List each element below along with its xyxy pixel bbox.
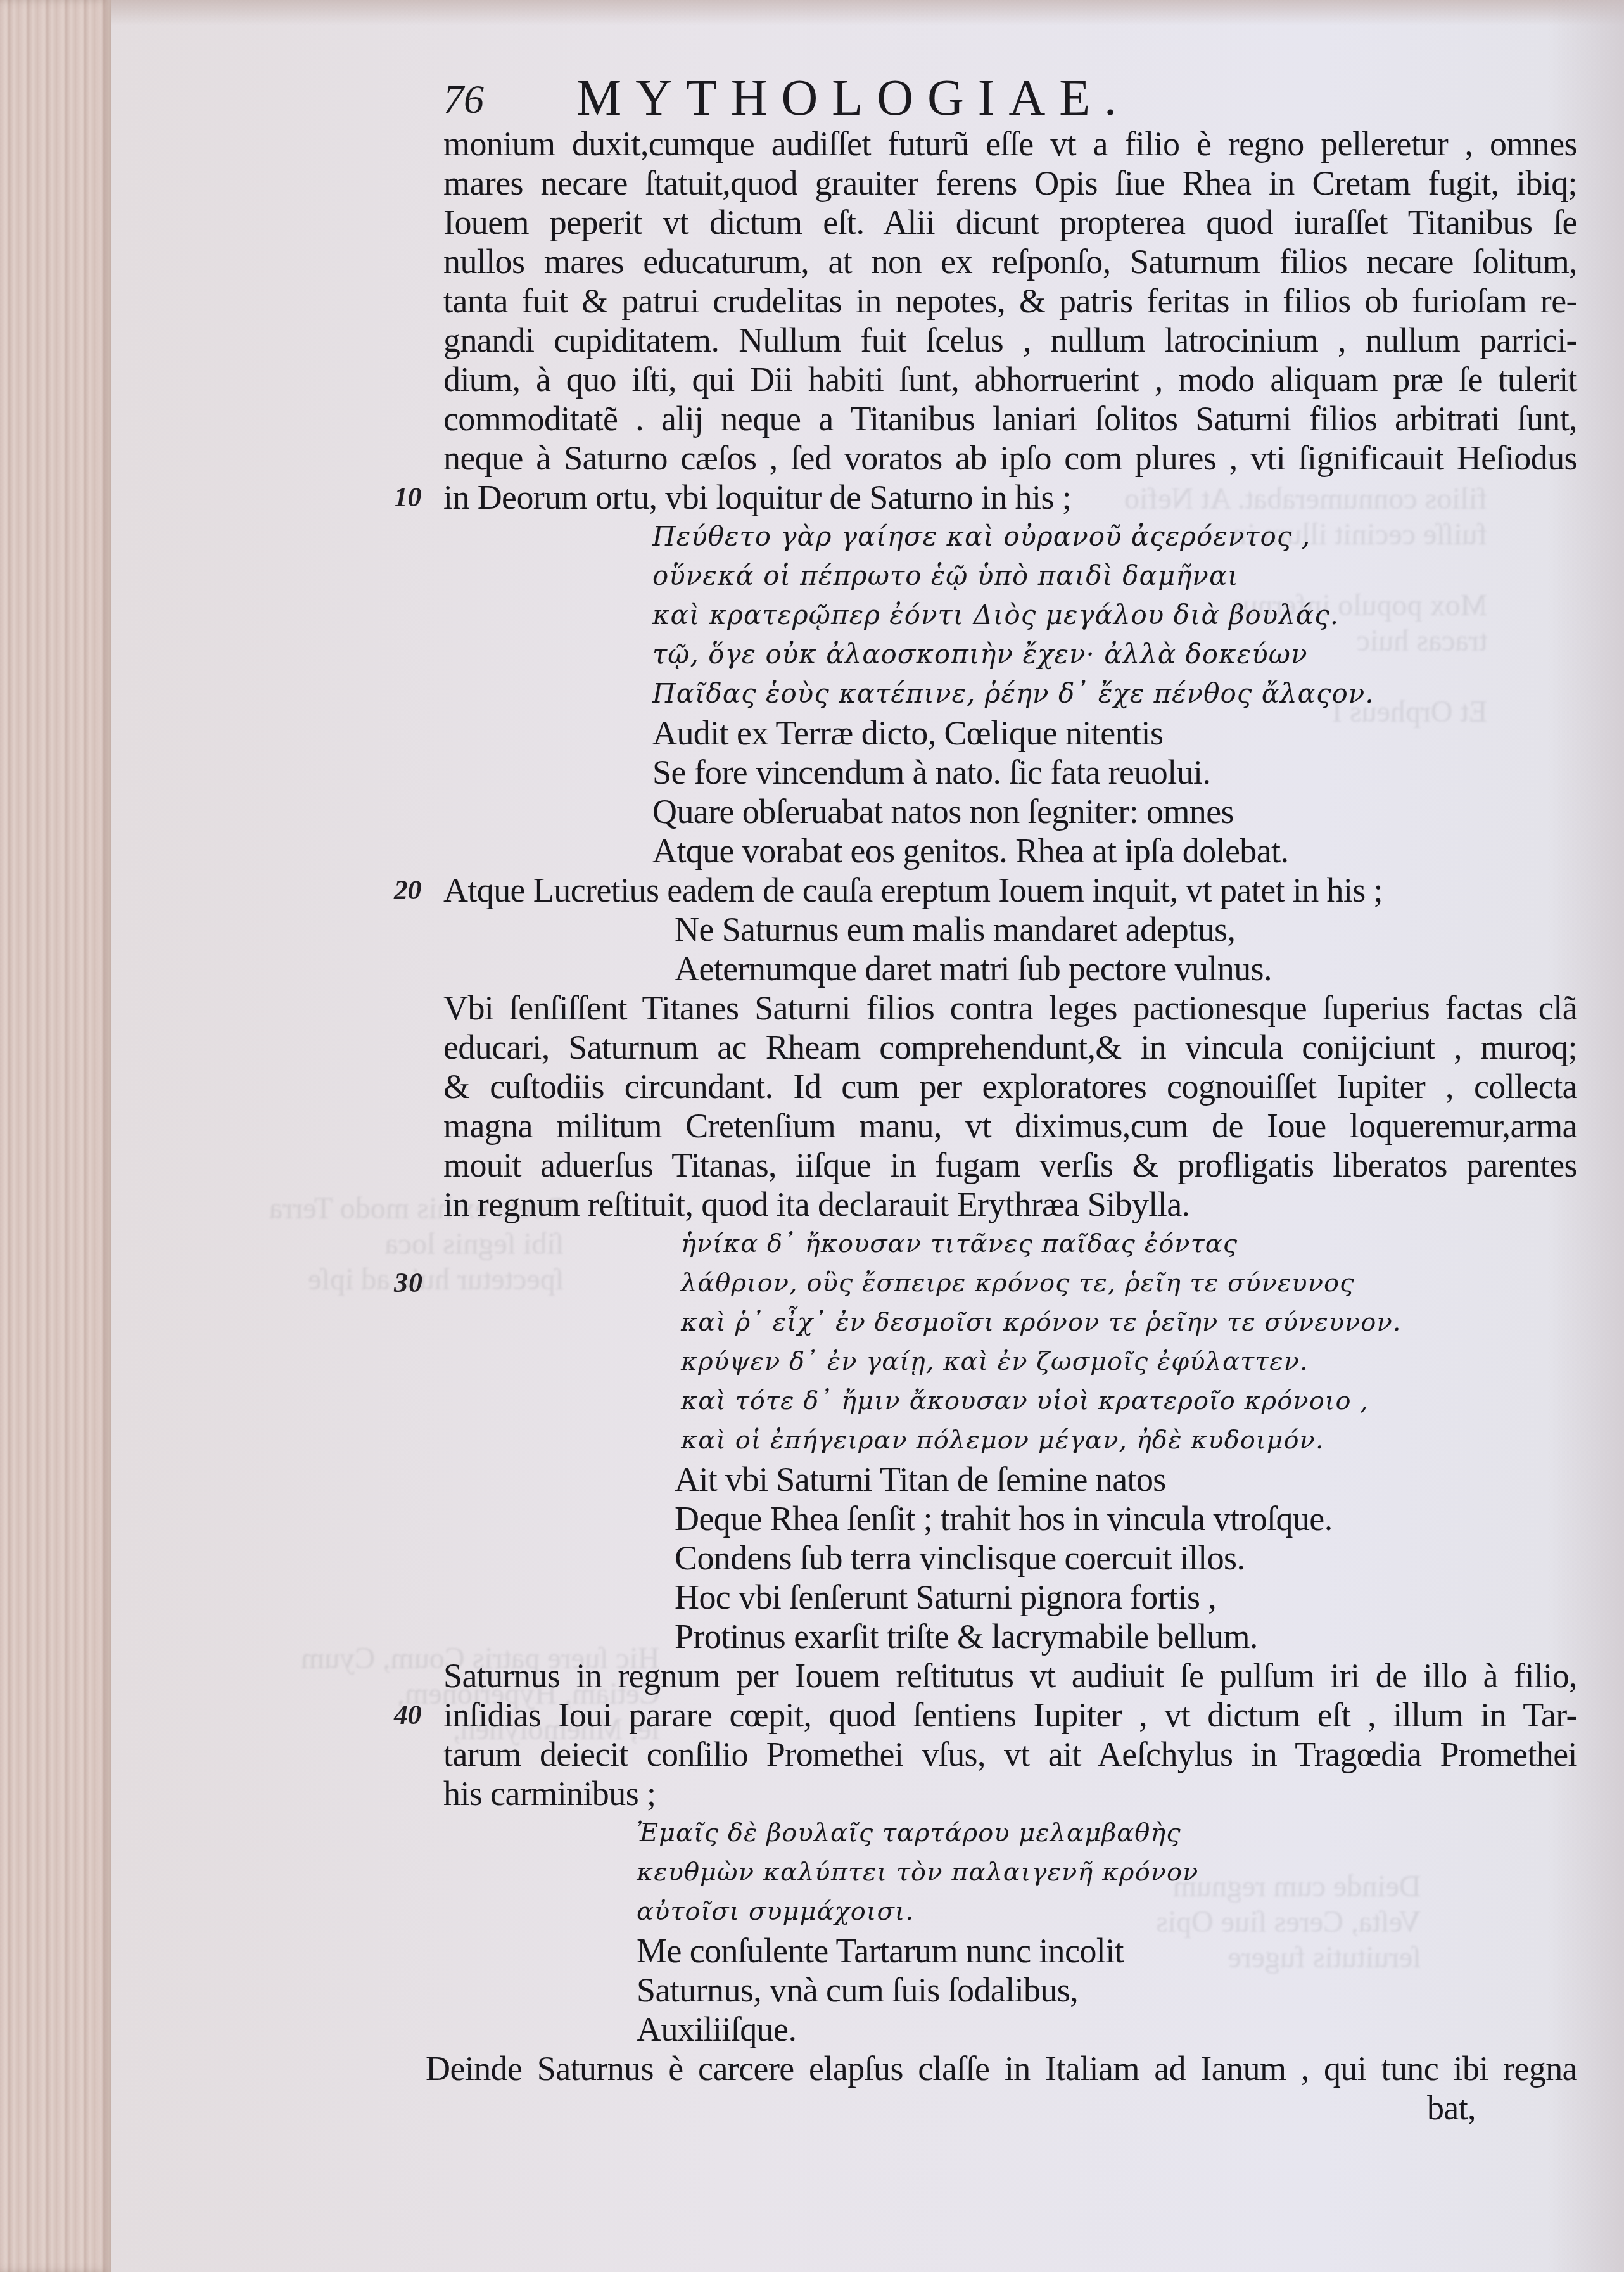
greek-verse-content: λάθριον, οὓς ἔσπειρε κρόνος τε, ῥεῖη τε … (681, 1268, 1354, 1298)
text-line-content: Atque Lucretius eadem de cauſa ereptum I… (443, 871, 1383, 909)
greek-verse-line: Ἐμαῖς δὲ βουλαῖς ταρτάρου μελαμβαθὴς (443, 1813, 1577, 1853)
latin-verse-line: Hoc vbi ſenſerunt Saturni pignora fortis… (443, 1578, 1577, 1617)
line-number-20: 20 (394, 871, 421, 910)
text-line: Iouem peperit vt dictum eſt. Alii dicunt… (443, 203, 1577, 242)
greek-verse-line: κευθμὼν καλύπτει τὸν παλαιγενῆ κρόνον (443, 1853, 1577, 1892)
latin-verse-line: Protinus exarſit triſte & lacrymabile be… (443, 1617, 1577, 1656)
text-line: nullos mares educaturum, at non ex reſpo… (443, 242, 1577, 281)
catchword: bat, (443, 2088, 1577, 2128)
latin-verse-line: Ne Saturnus eum malis mandaret adeptus, (443, 910, 1577, 949)
running-title: MYTHOLOGIAE. (576, 70, 1131, 127)
greek-verse-line: κρύψεν δ᾽ ἐν γαίῃ, καὶ ἐν ζωσμοῖς ἐφύλατ… (443, 1342, 1577, 1381)
latin-verse-line: Aeternumque daret matri ſub pectore vuln… (443, 949, 1577, 988)
text-line-content: in Deorum ortu, vbi loquitur de Saturno … (443, 478, 1071, 516)
greek-verse-line: καὶ ῥ᾽ εἶχ᾽ ἐν δεσμοῖσι κρόνον τε ῥεῖην … (443, 1303, 1577, 1342)
text-line: & cuſtodiis circundant. Id cum per explo… (443, 1067, 1577, 1106)
text-line: his carminibus ; (443, 1774, 1577, 1813)
latin-verse-line: Me conſulente Tartarum nunc incolit (443, 1931, 1577, 1970)
line-number-30: 30 (394, 1263, 423, 1303)
latin-verse-line: Auxiliiſque. (443, 2010, 1577, 2049)
page-number: 76 (443, 76, 484, 123)
latin-verse-line: Condens ſub terra vinclisque coercuit il… (443, 1538, 1577, 1578)
text-line: tanta fuit & patrui crudelitas in nepote… (443, 281, 1577, 321)
latin-verse-line: Ait vbi Saturni Titan de ſemine natos (443, 1460, 1577, 1499)
text-line: commoditatẽ . alij neque a Titanibus lan… (443, 399, 1577, 438)
text-line: in regnum reſtituit, quod ita declarauit… (443, 1185, 1577, 1224)
latin-verse-line: Atque vorabat eos genitos. Rhea at ipſa … (443, 831, 1577, 871)
line-number-40: 40 (394, 1695, 421, 1735)
text-line-content: inſidias Ioui parare cœpit, quod ſentien… (443, 1696, 1577, 1734)
text-line: 40 inſidias Ioui parare cœpit, quod ſent… (443, 1695, 1577, 1735)
text-line: gnandi cupiditatem. Nullum fuit ſcelus ,… (443, 321, 1577, 360)
greek-verse-line: ἡνίκα δ᾽ ἤκουσαν τιτᾶνες παῖδας ἐόντας (443, 1224, 1577, 1263)
book-page-edges (0, 0, 111, 2272)
text-line: magna militum Cretenſium manu, vt diximu… (443, 1106, 1577, 1146)
text-line: tarum deiecit conſilio Promethei vſus, v… (443, 1735, 1577, 1774)
line-number-10: 10 (394, 478, 421, 517)
latin-verse-line: Saturnus, vnà cum ſuis ſodalibus, (443, 1970, 1577, 2010)
text-line: mares necare ſtatuit,quod grauiter feren… (443, 163, 1577, 203)
greek-verse-line: καὶ τότε δ᾽ ἤμιν ἄκουσαν υἱοὶ κρατεροῖο … (443, 1381, 1577, 1420)
greek-verse-line: αὐτοῖσι συμμάχοισι. (443, 1892, 1577, 1931)
text-line: neque à Saturno cæſos , ſed voratos ab i… (443, 438, 1577, 478)
greek-verse-line: οὕνεκά οἱ πέπρωτο ἑῷ ὑπὸ παιδὶ δαμῆναι (443, 556, 1577, 596)
greek-verse-line: Παῖδας ἑοὺς κατέπινε, ῥέην δ᾽ ἔχε πένθος… (443, 674, 1577, 713)
text-line: dium, à quo iſti, qui Dii habiti ſunt, a… (443, 360, 1577, 399)
text-line: Vbi ſenſiſſent Titanes Saturni filios co… (443, 988, 1577, 1028)
text-line: monium duxit,cumque audiſſet futurũ eſſe… (443, 124, 1577, 163)
greek-verse-line: καὶ οἱ ἐπήγειραν πόλεμον μέγαν, ἠδὲ κυδο… (443, 1420, 1577, 1460)
text-line: Saturnus in regnum per Iouem reſtitutus … (443, 1656, 1577, 1695)
greek-verse-line: Πεύθετο γὰρ γαίησε καὶ οὐρανοῦ ἀςερόεντο… (443, 517, 1577, 556)
latin-verse-line: Audit ex Terræ dicto, Cœlique nitentis (443, 713, 1577, 753)
text-line: mouit aduerſus Titanas, iiſque in fugam … (443, 1146, 1577, 1185)
page-top-shadow (111, 0, 1624, 25)
greek-verse-line: 30 λάθριον, οὓς ἔσπειρε κρόνος τε, ῥεῖη … (443, 1263, 1577, 1303)
text-line: 20 Atque Lucretius eadem de cauſa ereptu… (443, 871, 1577, 910)
text-line: educari, Saturnum ac Rheam comprehendunt… (443, 1028, 1577, 1067)
latin-verse-line: Deque Rhea ſenſit ; trahit hos in vincul… (443, 1499, 1577, 1538)
greek-verse-line: καὶ κρατερῷπερ ἐόντι Διὸς μεγάλου διὰ βο… (443, 596, 1577, 635)
text-line: Deinde Saturnus è carcere elapſus claſſe… (426, 2049, 1577, 2088)
main-text: monium duxit,cumque audiſſet futurũ eſſe… (443, 124, 1577, 2128)
latin-verse-line: Se fore vincendum à nato. ſic fata reuol… (443, 753, 1577, 792)
text-line: 10 in Deorum ortu, vbi loquitur de Satur… (443, 478, 1577, 517)
latin-verse-line: Quare obſeruabat natos non ſegniter: omn… (443, 792, 1577, 831)
greek-verse-line: τῷ, ὅγε οὐκ ἀλαοσκοπιὴν ἔχεν· ἀλλὰ δοκεύ… (443, 635, 1577, 674)
